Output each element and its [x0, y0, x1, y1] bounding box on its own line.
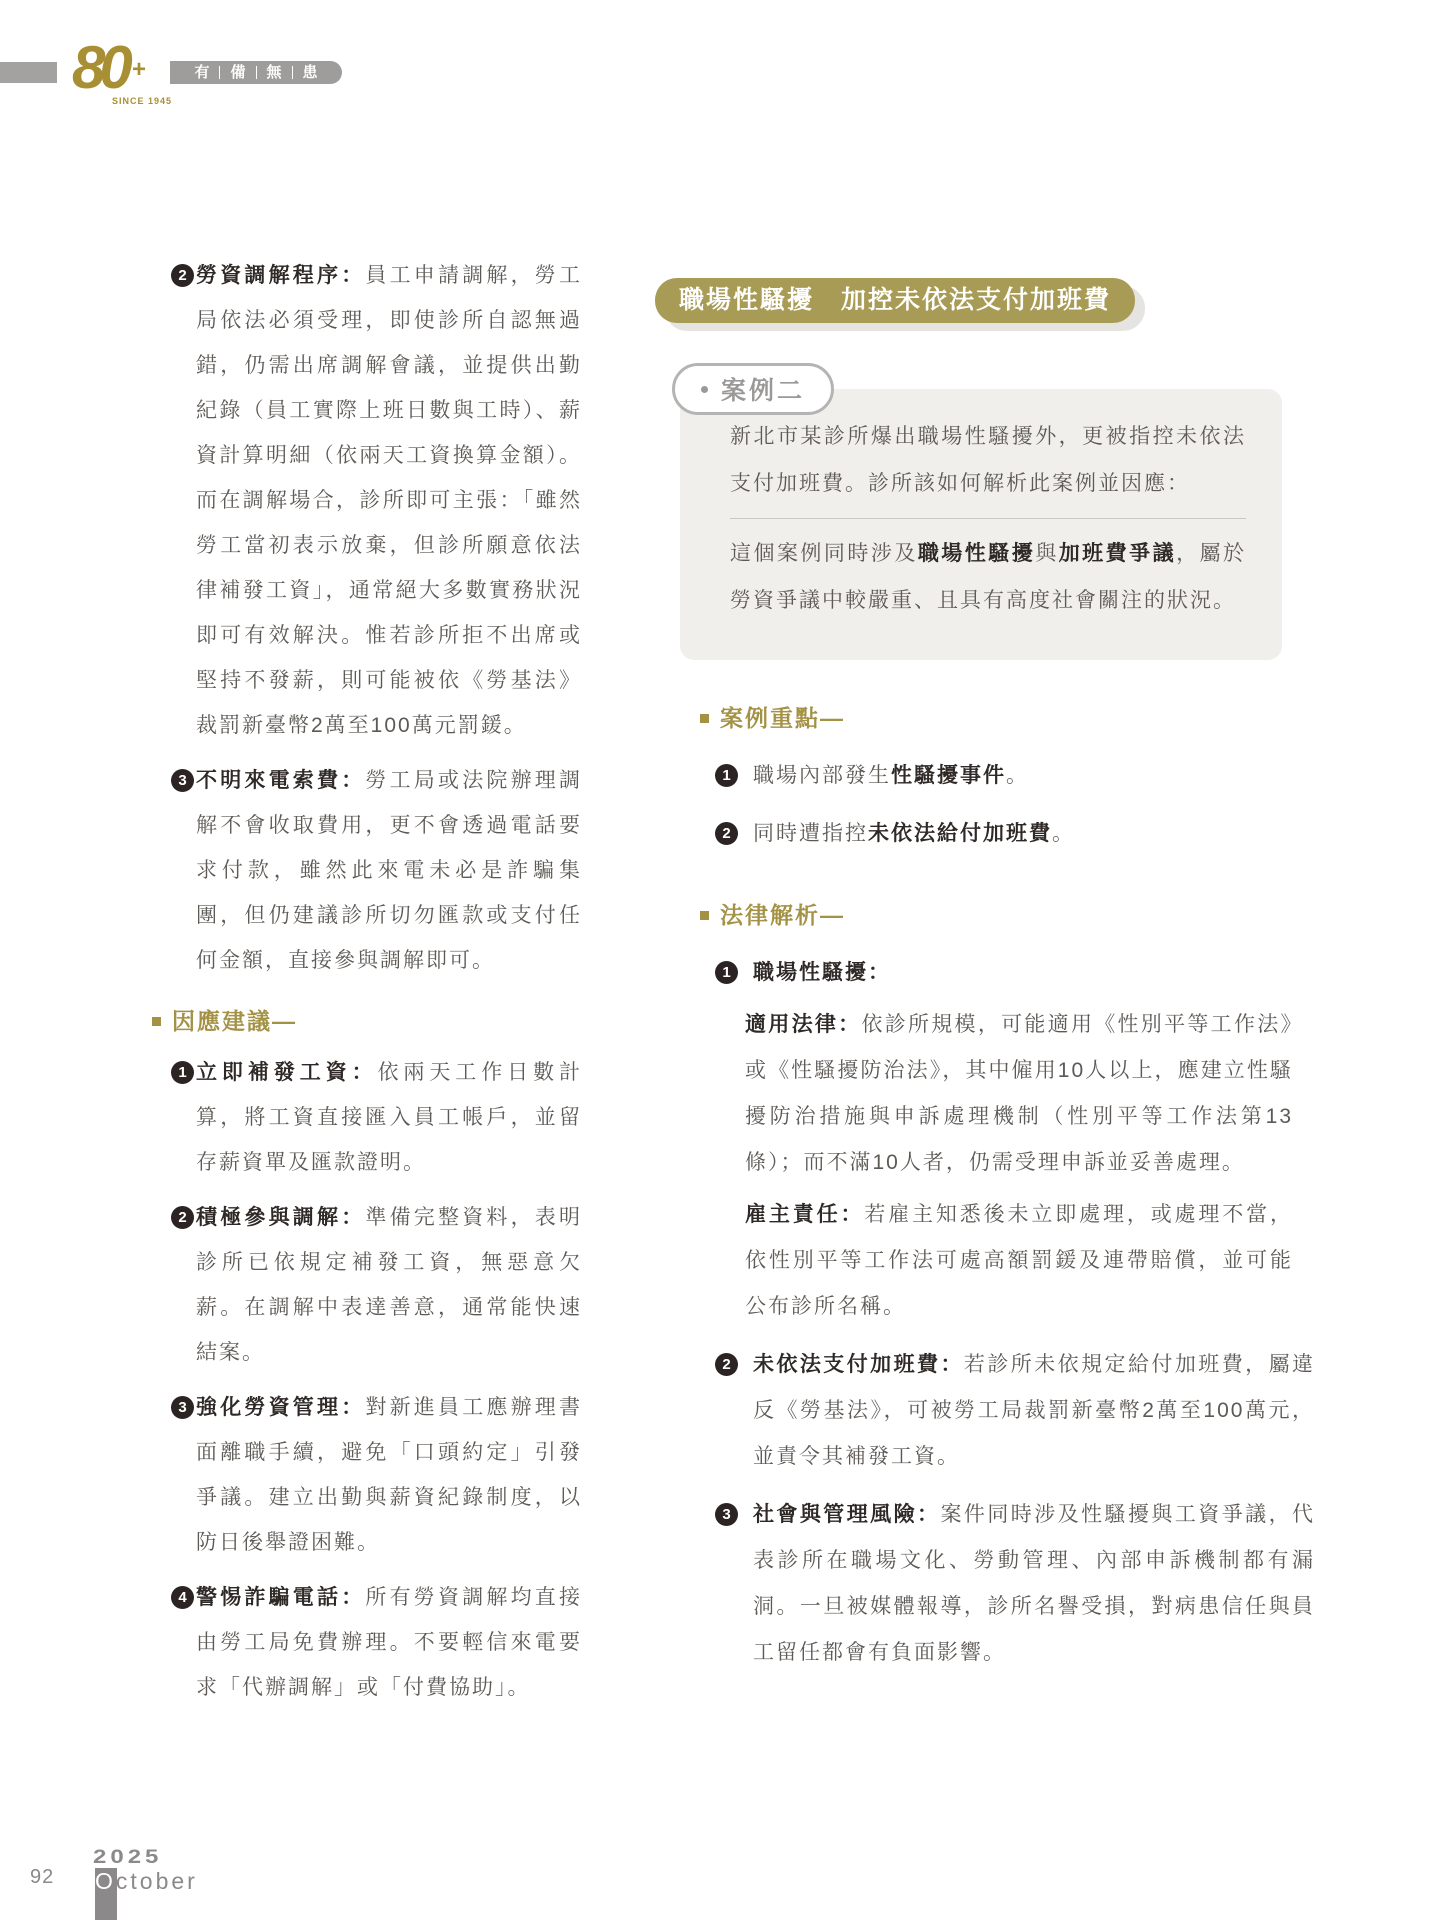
keypoint-post: 。: [1006, 764, 1029, 787]
case-label: 案例二: [721, 371, 805, 407]
keypoint-strong: 性騷擾事件: [891, 764, 1006, 787]
legal-subparagraph-employer-duty: 雇主責任：若雇主知悉後未立即處理，或處理不當，依性別平等工作法可處高額罰鍰及連帶…: [745, 1192, 1293, 1330]
item-text: 強化勞資管理：對新進員工應辦理書面離職手續，避免「口頭約定」引發爭議。建立出勤與…: [196, 1385, 582, 1565]
legal-item-text: 社會與管理風險：案件同時涉及性騷擾與工資爭議，代表診所在職場文化、勞動管理、內部…: [753, 1492, 1315, 1676]
item-text: 立即補發工資：依兩天工作日數計算，將工資直接匯入員工帳戶，並留存薪資單及匯款證明…: [196, 1050, 582, 1185]
topic-badge: 職場性騷擾 加控未依法支付加班費: [655, 278, 1135, 323]
item-text: 不明來電索費：勞工局或法院辦理調解不會收取費用，更不會透過電話要求付款，雖然此來…: [196, 758, 582, 983]
footer-month: October: [95, 1868, 198, 1895]
header-rule-bar: [0, 62, 57, 83]
item-title: 職場性騷擾：: [753, 961, 891, 984]
keypoint-text: 職場內部發生性騷擾事件。: [753, 753, 1315, 799]
item-number-badge: 3: [715, 1503, 738, 1526]
sub-text: 適用法律：依診所規模，可能適用《性別平等工作法》或《性騷擾防治法》，其中僱用10…: [745, 1002, 1293, 1186]
sub-text: 雇主責任：若雇主知悉後未立即處理，或處理不當，依性別平等工作法可處高額罰鍰及連帶…: [745, 1192, 1293, 1330]
medical-cross-icon: +: [132, 56, 146, 84]
item-body: 員工申請調解，勞工局依法必須受理，即使診所自認無過錯，仍需出席調解會議，並提供出…: [196, 264, 582, 737]
item-body: 準備完整資料，表明診所已依規定補發工資，無惡意欠薪。在調解中表達善意，通常能快速…: [196, 1206, 582, 1364]
advice-item-backpay: 1 立即補發工資：依兩天工作日數計算，將工資直接匯入員工帳戶，並留存薪資單及匯款…: [171, 1050, 582, 1185]
item-title: 勞資調解程序：: [196, 264, 365, 287]
keypoint-pre: 職場內部發生: [753, 764, 891, 787]
advice-item-labor-management: 3 強化勞資管理：對新進員工應辦理書面離職手續，避免「口頭約定」引發爭議。建立出…: [171, 1385, 582, 1565]
item-number-badge: 1: [171, 1061, 194, 1084]
square-bullet-icon: [700, 911, 709, 920]
case-analysis: 這個案例同時涉及職場性騷擾與加班費爭議，屬於勞資爭議中較嚴重、且具有高度社會關注…: [730, 530, 1246, 624]
item-number-badge: 1: [715, 764, 738, 787]
case-intro: 新北市某診所爆出職場性騷擾外，更被指控未依法支付加班費。診所該如何解析此案例並因…: [730, 413, 1246, 507]
logo-80-text: 80: [72, 34, 127, 101]
magazine-page: 80 + SINCE 1945 有 備 無 患 2 勞資調解程序：員工申請調解，…: [0, 0, 1440, 1920]
item-title: 不明來電索費：: [196, 769, 365, 792]
case-section: 案例二 新北市某診所爆出職場性騷擾外，更被指控未依法支付加班費。診所該如何解析此…: [655, 389, 1315, 660]
item-body: 案件同時涉及性騷擾與工資爭議，代表診所在職場文化、勞動管理、內部申訴機制都有漏洞…: [753, 1503, 1315, 1664]
keypoint-item: 1 職場內部發生性騷擾事件。: [715, 753, 1315, 799]
item-number-badge: 1: [715, 961, 738, 984]
legal-heading: 法律解析—: [700, 893, 1315, 938]
slogan-char: 有: [184, 61, 219, 84]
keypoint-pre: 同時遭指控: [753, 822, 868, 845]
item-number-badge: 2: [715, 822, 738, 845]
item-title: 社會與管理風險：: [753, 1503, 940, 1526]
list-item-mediation-procedure: 2 勞資調解程序：員工申請調解，勞工局依法必須受理，即使診所自認無過錯，仍需出席…: [171, 253, 582, 748]
item-number-badge: 3: [171, 769, 194, 792]
slogan-char: 患: [293, 61, 328, 84]
item-text: 警惕詐騙電話：所有勞資調解均直接由勞工局免費辦理。不要輕信來電要求「代辦調解」或…: [196, 1575, 582, 1710]
analysis-segment: 這個案例同時涉及: [730, 542, 918, 565]
case-divider: [730, 518, 1246, 519]
right-column: 職場性騷擾 加控未依法支付加班費 案例二 新北市某診所爆出職場性騷擾外，更被指控…: [655, 278, 1315, 1676]
dot-bullet-icon: [701, 386, 708, 393]
item-number-badge: 2: [171, 1206, 194, 1229]
footer-year: 2025: [93, 1846, 162, 1868]
legal-item-title-line: 職場性騷擾：: [753, 950, 1315, 996]
legal-item-harassment: 1 職場性騷擾：: [715, 950, 1315, 996]
item-number-badge: 4: [171, 1586, 194, 1609]
slogan-char: 無: [257, 61, 292, 84]
footer-month-initial: O: [95, 1868, 116, 1894]
item-body: 勞工局或法院辦理調解不會收取費用，更不會透過電話要求付款，雖然此來電未必是詐騙集…: [196, 769, 582, 972]
footer-month-rest: ctober: [116, 1868, 198, 1894]
item-body: 對新進員工應辦理書面離職手續，避免「口頭約定」引發爭議。建立出勤與薪資紀錄制度，…: [196, 1396, 582, 1554]
sub-lead: 雇主責任：: [745, 1203, 864, 1226]
keypoint-strong: 未依法給付加班費: [868, 822, 1052, 845]
left-column: 2 勞資調解程序：員工申請調解，勞工局依法必須受理，即使診所自認無過錯，仍需出席…: [152, 253, 582, 1720]
analysis-segment-bold: 加班費爭議: [1059, 542, 1176, 565]
slogan-char: 備: [220, 61, 255, 84]
heading-label: 案例重點—: [720, 696, 845, 741]
item-title: 警惕詐騙電話：: [196, 1586, 365, 1609]
legal-item-text: 未依法支付加班費：若診所未依規定給付加班費，屬違反《勞基法》，可被勞工局裁罰新臺…: [753, 1342, 1315, 1480]
heading-label: 法律解析—: [720, 893, 845, 938]
advice-item-join-mediation: 2 積極參與調解：準備完整資料，表明診所已依規定補發工資，無惡意欠薪。在調解中表…: [171, 1195, 582, 1375]
legal-item-social-risk: 3 社會與管理風險：案件同時涉及性騷擾與工資爭議，代表診所在職場文化、勞動管理、…: [715, 1492, 1315, 1676]
square-bullet-icon: [152, 1017, 161, 1026]
item-number-badge: 2: [171, 264, 194, 287]
keypoint-item: 2 同時遭指控未依法給付加班費。: [715, 811, 1315, 857]
slogan-badge: 有 備 無 患: [170, 61, 342, 84]
legal-item-overtime-pay: 2 未依法支付加班費：若診所未依規定給付加班費，屬違反《勞基法》，可被勞工局裁罰…: [715, 1342, 1315, 1480]
item-text: 積極參與調解：準備完整資料，表明診所已依規定補發工資，無惡意欠薪。在調解中表達善…: [196, 1195, 582, 1375]
keypoint-text: 同時遭指控未依法給付加班費。: [753, 811, 1315, 857]
anniversary-80-logo: 80 + SINCE 1945: [72, 38, 182, 108]
analysis-segment-bold: 職場性騷擾: [918, 542, 1035, 565]
item-number-badge: 2: [715, 1353, 738, 1376]
item-title: 積極參與調解：: [196, 1206, 365, 1229]
list-item-unknown-call-fee: 3 不明來電索費：勞工局或法院辦理調解不會收取費用，更不會透過電話要求付款，雖然…: [171, 758, 582, 983]
keypoint-post: 。: [1052, 822, 1075, 845]
sub-lead: 適用法律：: [745, 1013, 861, 1036]
case-pill: 案例二: [672, 363, 834, 415]
keypoints-heading: 案例重點—: [700, 696, 1315, 741]
analysis-segment: 與: [1035, 542, 1058, 565]
case-box: 新北市某診所爆出職場性騷擾外，更被指控未依法支付加班費。診所該如何解析此案例並因…: [680, 389, 1282, 660]
item-text: 勞資調解程序：員工申請調解，勞工局依法必須受理，即使診所自認無過錯，仍需出席調解…: [196, 253, 582, 748]
item-title: 立即補發工資：: [196, 1061, 378, 1084]
square-bullet-icon: [700, 714, 709, 723]
logo-since-text: SINCE 1945: [112, 96, 172, 106]
advice-item-scam-call: 4 警惕詐騙電話：所有勞資調解均直接由勞工局免費辦理。不要輕信來電要求「代辦調解…: [171, 1575, 582, 1710]
legal-subparagraph-applicable-law: 適用法律：依診所規模，可能適用《性別平等工作法》或《性騷擾防治法》，其中僱用10…: [745, 1002, 1293, 1186]
heading-label: 因應建議—: [172, 999, 297, 1044]
sub-body: 依診所規模，可能適用《性別平等工作法》或《性騷擾防治法》，其中僱用10人以上，應…: [745, 1013, 1293, 1174]
item-number-badge: 3: [171, 1396, 194, 1419]
item-title: 強化勞資管理：: [196, 1396, 365, 1419]
advice-heading: 因應建議—: [152, 999, 582, 1044]
footer-page-number: 92: [30, 1866, 54, 1889]
item-title: 未依法支付加班費：: [753, 1353, 964, 1376]
